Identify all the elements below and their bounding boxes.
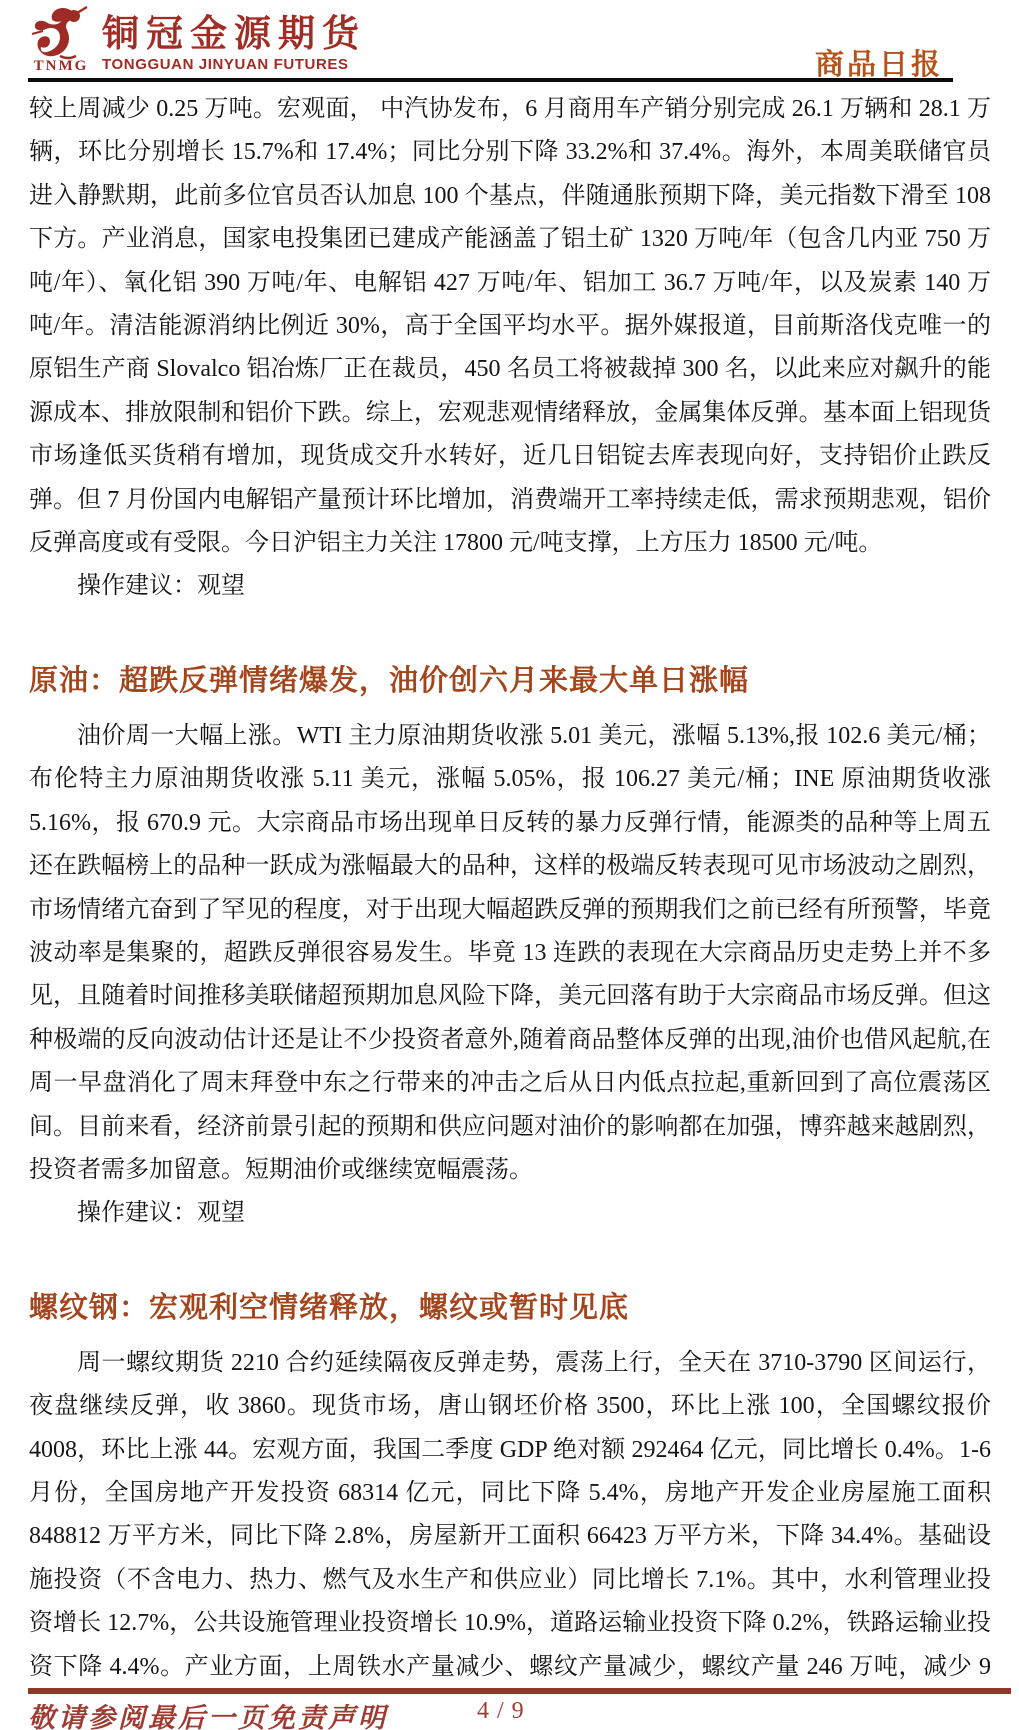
paragraph-rebar: 周一螺纹期货 2210 合约延续隔夜反弹走势，震荡上行，全天在 3710-379… — [29, 1342, 991, 1730]
disclaimer-note: 敬请参阅最后一页免责声明 — [28, 1696, 388, 1730]
report-type-label: 商品日报 — [815, 42, 943, 83]
advice-crude-oil: 操作建议：观望 — [29, 1192, 991, 1235]
paragraph-aluminum: 较上周减少 0.25 万吨。宏观面， 中汽协发布，6 月商用车产销分别完成 26… — [29, 88, 991, 565]
logo-abbr-text: TNMG — [34, 58, 89, 75]
advice-aluminum: 操作建议：观望 — [29, 565, 991, 608]
header-divider — [28, 78, 953, 82]
logo-chinese-name: 铜冠金源期货 — [102, 16, 366, 54]
heading-crude-oil: 原油：超跌反弹情绪爆发，油价创六月来最大单日涨幅 — [29, 661, 991, 701]
company-logo-icon — [30, 6, 92, 62]
report-body: 较上周减少 0.25 万吨。宏观面， 中汽协发布，6 月商用车产销分别完成 26… — [29, 88, 991, 1730]
logo-english-name: TONGGUAN JINYUAN FUTURES — [102, 56, 366, 73]
footer-divider — [28, 1688, 1011, 1694]
paragraph-crude-oil: 油价周一大幅上涨。WTI 主力原油期货收涨 5.01 美元，涨幅 5.13%,报… — [29, 715, 991, 1192]
heading-rebar: 螺纹钢：宏观利空情绪释放，螺纹或暂时见底 — [29, 1288, 991, 1328]
report-page: TNMG 铜冠金源期货 TONGGUAN JINYUAN FUTURES 商品日… — [0, 0, 1019, 1730]
company-logo: TNMG 铜冠金源期货 TONGGUAN JINYUAN FUTURES — [28, 6, 366, 75]
page-number: 4 / 9 — [477, 1698, 525, 1725]
page-footer: 敬请参阅最后一页免责声明 4 / 9 — [0, 1694, 1019, 1730]
page-header: TNMG 铜冠金源期货 TONGGUAN JINYUAN FUTURES 商品日… — [0, 0, 1019, 82]
